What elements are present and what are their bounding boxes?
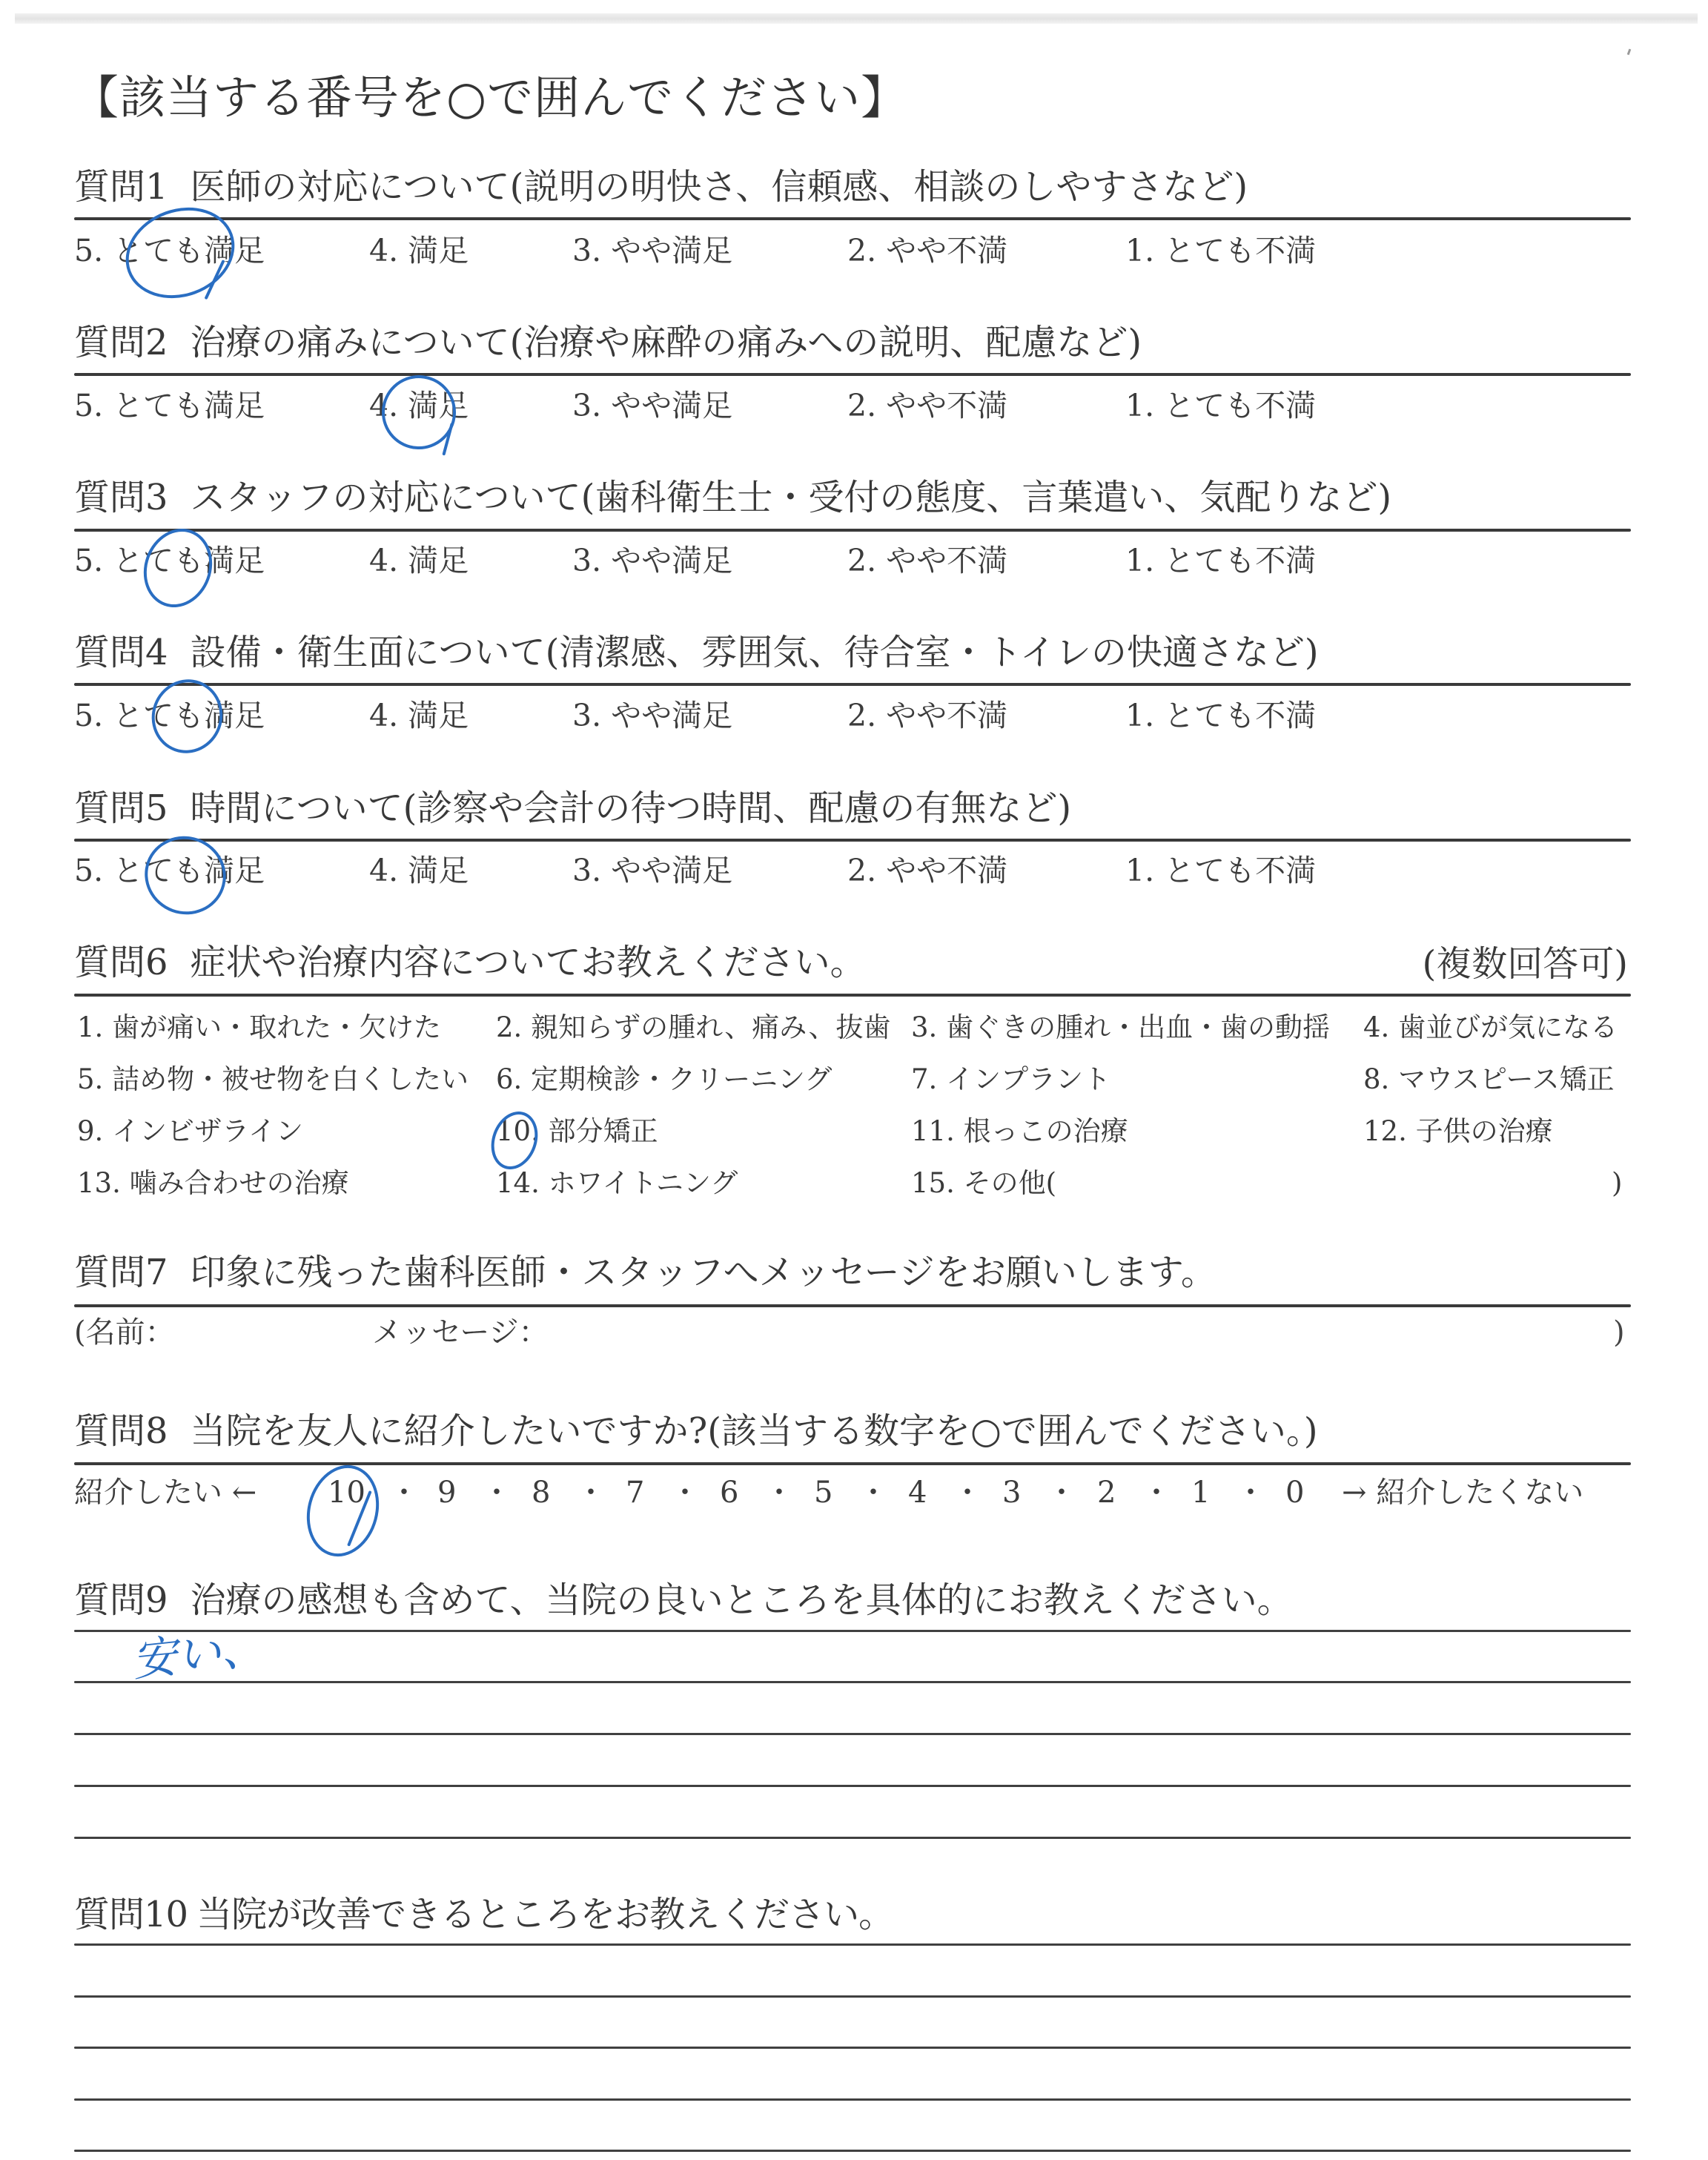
q8-score-6[interactable]: 6 (720, 1472, 738, 1513)
q2-option-5[interactable]: 5. とても満足 (74, 387, 265, 424)
q10-text: 当院が改善できるところをお教えください。 (196, 1894, 893, 1935)
q8-right-label: → 紹介したくない (1342, 1472, 1583, 1513)
q6-text: 症状や治療内容についてお教えください。 (191, 942, 866, 983)
q2-selection-circle (370, 363, 469, 462)
q6-item-8[interactable]: 8. マウスピース矯正 (1363, 1062, 1615, 1097)
q8-separator: ・ (764, 1472, 794, 1513)
q8-separator: ・ (1236, 1472, 1265, 1513)
scan-speck (1627, 49, 1632, 56)
q8-score-2[interactable]: 2 (1097, 1472, 1116, 1513)
q8-score-0[interactable]: 0 (1285, 1472, 1304, 1513)
q8-score-7[interactable]: 7 (626, 1472, 644, 1513)
q6-item-2[interactable]: 2. 親知らずの腫れ、痛み、抜歯 (496, 1010, 891, 1046)
q8-separator: ・ (953, 1472, 982, 1513)
q8-score-3[interactable]: 3 (1002, 1472, 1021, 1513)
q8-separator: ・ (389, 1472, 419, 1513)
q6-item-7[interactable]: 7. インプラント (911, 1062, 1110, 1097)
q7-rule (74, 1304, 1631, 1307)
q5-options: 5. とても満足 4. 満足 3. やや満足 2. やや不満 1. とても不満 (74, 852, 1631, 889)
q2-option-2[interactable]: 2. やや不満 (847, 387, 1007, 424)
q7-name-label: (名前： (74, 1314, 175, 1351)
q3-option-4[interactable]: 4. 満足 (369, 542, 469, 579)
q8-number: 質問8 (74, 1410, 168, 1452)
q5-number: 質問5 (74, 787, 168, 829)
q8-left-label: 紹介したい ← (74, 1472, 256, 1513)
q6-item-14[interactable]: 14. ホワイトニング (496, 1166, 738, 1201)
q3-options: 5. とても満足 4. 満足 3. やや満足 2. やや不満 1. とても不満 (74, 542, 1631, 579)
q5-header: 質問5時間について(診察や会計の待つ時間、配慮の有無など) (74, 786, 1071, 830)
q2-rule (74, 373, 1631, 376)
q6-number: 質問6 (74, 942, 168, 983)
q9-answer-line-1 (74, 1630, 1631, 1632)
q7-message-field[interactable] (552, 1314, 1590, 1351)
q3-option-2[interactable]: 2. やや不満 (847, 542, 1007, 579)
q7-message-label: メッセージ： (372, 1314, 549, 1351)
q6-header: 質問6症状や治療内容についてお教えください。 (74, 940, 866, 985)
q3-text: スタッフの対応について(歯科衛生士・受付の態度、言葉遣い、気配りなど) (191, 477, 1392, 518)
q10-answer-line-3 (74, 2047, 1631, 2049)
q1-options: 5. とても満足 4. 満足 3. やや満足 2. やや不満 1. とても不満 (74, 232, 1631, 269)
q9-text: 治療の感想も含めて、当院の良いところを具体的にお教えください。 (191, 1579, 1293, 1621)
q1-selection-circle (113, 193, 247, 313)
q6-rule (74, 994, 1631, 997)
q6-item-13[interactable]: 13. 噛み合わせの治療 (77, 1166, 349, 1201)
q8-score-5[interactable]: 5 (814, 1472, 833, 1513)
q5-option-1[interactable]: 1. とても不満 (1125, 852, 1316, 889)
q2-text: 治療の痛みについて(治療や麻酔の痛みへの説明、配慮など) (191, 322, 1142, 363)
q3-selection-circle (133, 519, 223, 617)
q3-header: 質問3スタッフの対応について(歯科衛生士・受付の態度、言葉遣い、気配りなど) (74, 475, 1391, 520)
q6-item-11[interactable]: 11. 根っこの治療 (911, 1114, 1128, 1149)
q3-rule (74, 529, 1631, 532)
q4-header: 質問4設備・衛生面について(清潔感、雰囲気、待合室・トイレの快適さなど) (74, 630, 1319, 675)
q8-score-9[interactable]: 9 (437, 1472, 456, 1513)
q3-number: 質問3 (74, 477, 168, 518)
q10-answer-line-4 (74, 2098, 1631, 2101)
q10-answer-line-2 (74, 1995, 1631, 1998)
q6-item-3[interactable]: 3. 歯ぐきの腫れ・出血・歯の動揺 (911, 1010, 1330, 1046)
instruction-title: 【該当する番号を○で囲んでください】 (73, 68, 907, 128)
q6-other-close-paren: ) (1612, 1166, 1622, 1201)
q9-answer-line-3 (74, 1733, 1631, 1735)
q6-multiple-note: (複数回答可) (1423, 942, 1628, 986)
q10-header: 質問10当院が改善できるところをお教えください。 (74, 1892, 893, 1937)
q6-item-5[interactable]: 5. 詰め物・被せ物を白くしたい (77, 1062, 469, 1097)
q8-separator: ・ (1047, 1472, 1076, 1513)
q9-header: 質問9治療の感想も含めて、当院の良いところを具体的にお教えください。 (74, 1578, 1293, 1622)
q8-separator: ・ (576, 1472, 606, 1513)
q9-answer-line-5 (74, 1837, 1631, 1839)
q8-separator: ・ (858, 1472, 888, 1513)
q9-number: 質問9 (74, 1579, 168, 1621)
q8-separator: ・ (482, 1472, 512, 1513)
q2-option-3[interactable]: 3. やや満足 (572, 387, 732, 424)
q4-number: 質問4 (74, 632, 168, 673)
q6-item-4[interactable]: 4. 歯並びが気になる (1363, 1010, 1618, 1046)
q7-name-field[interactable] (185, 1314, 348, 1351)
q5-option-2[interactable]: 2. やや不満 (847, 852, 1007, 889)
q1-option-3[interactable]: 3. やや満足 (572, 232, 732, 269)
q4-option-1[interactable]: 1. とても不満 (1125, 697, 1316, 734)
q9-answer-line-2 (74, 1681, 1631, 1683)
q6-item-15-other[interactable]: 15. その他( (911, 1166, 1056, 1201)
q1-text: 医師の対応について(説明の明快さ、信頼感、相談のしやすさなど) (191, 166, 1248, 208)
q7-text: 印象に残った歯科医師・スタッフへメッセージをお願いします。 (191, 1252, 1217, 1293)
q7-header: 質問7印象に残った歯科医師・スタッフへメッセージをお願いします。 (74, 1250, 1217, 1295)
q4-option-3[interactable]: 3. やや満足 (572, 697, 732, 734)
q8-score-4[interactable]: 4 (908, 1472, 927, 1513)
q4-text: 設備・衛生面について(清潔感、雰囲気、待合室・トイレの快適さなど) (191, 632, 1319, 673)
scan-edge (15, 13, 1698, 24)
q1-option-2[interactable]: 2. やや不満 (847, 232, 1007, 269)
q10-number: 質問10 (74, 1894, 188, 1935)
q3-option-1[interactable]: 1. とても不満 (1125, 542, 1316, 579)
q8-rule (74, 1462, 1631, 1465)
q5-rule (74, 839, 1631, 842)
q5-option-3[interactable]: 3. やや満足 (572, 852, 732, 889)
q4-option-4[interactable]: 4. 満足 (369, 697, 469, 734)
q1-number: 質問1 (74, 166, 168, 208)
q8-text: 当院を友人に紹介したいですか?(該当する数字を○で囲んでください。) (191, 1410, 1318, 1452)
q3-option-3[interactable]: 3. やや満足 (572, 542, 732, 579)
q8-separator: ・ (670, 1472, 700, 1513)
q6-item-9[interactable]: 9. インビザライン (77, 1114, 303, 1149)
q6-item-12[interactable]: 12. 子供の治療 (1363, 1114, 1553, 1149)
q2-option-1[interactable]: 1. とても不満 (1125, 387, 1316, 424)
q7-close-paren: ) (1613, 1314, 1625, 1351)
q2-options: 5. とても満足 4. 満足 3. やや満足 2. やや不満 1. とても不満 (74, 387, 1631, 424)
q5-text: 時間について(診察や会計の待つ時間、配慮の有無など) (191, 787, 1072, 829)
q1-rule (74, 217, 1631, 220)
q4-option-2[interactable]: 2. やや不満 (847, 697, 1007, 734)
q6-item-1[interactable]: 1. 歯が痛い・取れた・欠けた (77, 1010, 441, 1046)
q4-options: 5. とても満足 4. 満足 3. やや満足 2. やや不満 1. とても不満 (74, 697, 1631, 734)
q7-number: 質問7 (74, 1252, 168, 1293)
q1-option-4[interactable]: 4. 満足 (369, 232, 469, 269)
q1-option-1[interactable]: 1. とても不満 (1125, 232, 1316, 269)
q9-answer-line-4 (74, 1785, 1631, 1787)
q10-answer-line-1 (74, 1943, 1631, 1946)
q10-answer-line-5 (74, 2150, 1631, 2152)
q5-option-4[interactable]: 4. 満足 (369, 852, 469, 889)
q8-separator: ・ (1142, 1472, 1171, 1513)
q8-score-8[interactable]: 8 (532, 1472, 550, 1513)
q2-number: 質問2 (74, 322, 168, 363)
q4-rule (74, 683, 1631, 686)
q8-header: 質問8当院を友人に紹介したいですか?(該当する数字を○で囲んでください。) (74, 1409, 1318, 1453)
q2-header: 質問2治療の痛みについて(治療や麻酔の痛みへの説明、配慮など) (74, 320, 1142, 365)
q8-score-1[interactable]: 1 (1191, 1472, 1210, 1513)
q6-item-6[interactable]: 6. 定期検診・クリーニング (496, 1062, 832, 1097)
q1-header: 質問1医師の対応について(説明の明快さ、信頼感、相談のしやすさなど) (74, 165, 1248, 209)
